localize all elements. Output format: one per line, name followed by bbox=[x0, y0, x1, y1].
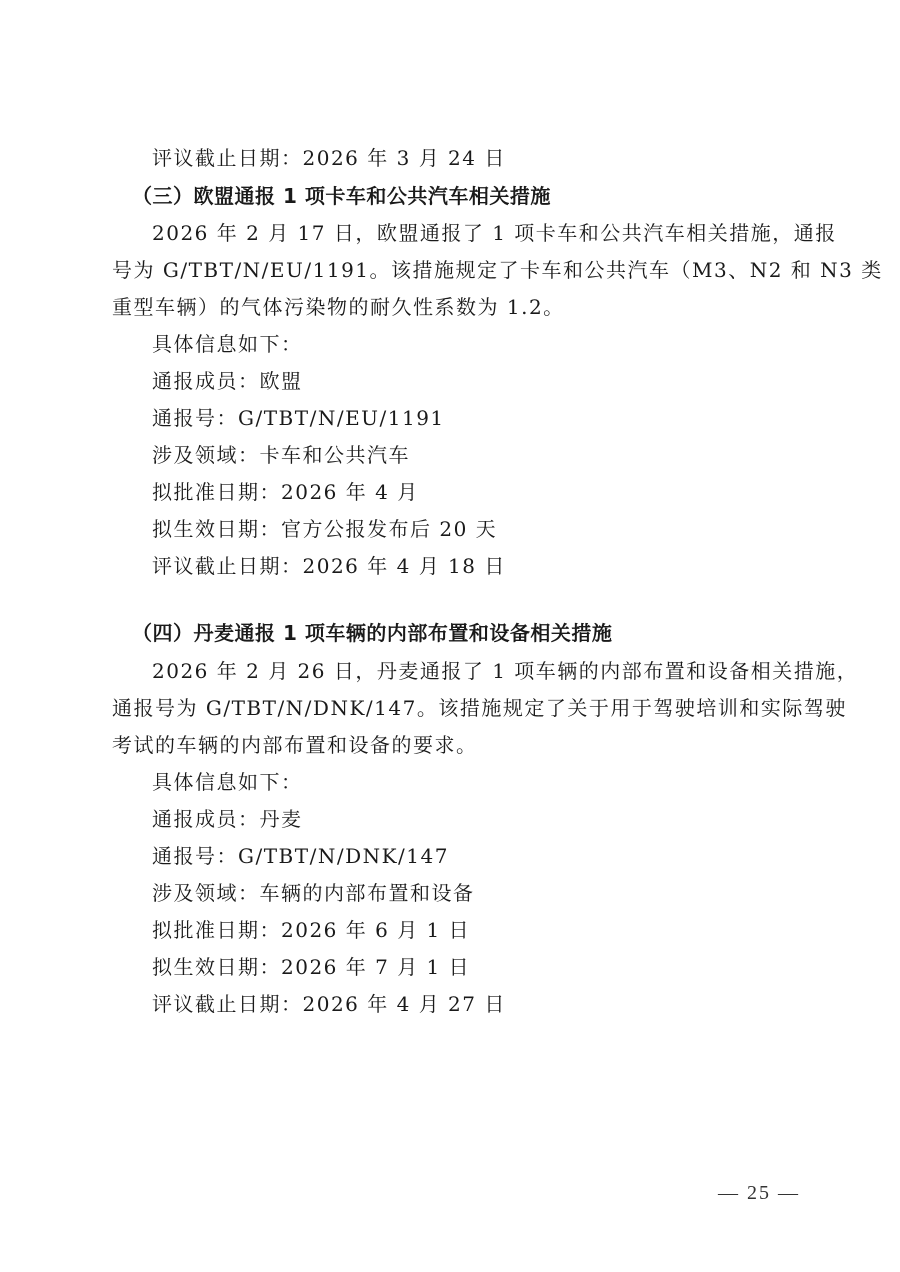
section-4-body-line: 考试的车辆的内部布置和设备的要求。 bbox=[112, 733, 478, 757]
section-3-details-intro: 具体信息如下： bbox=[152, 332, 303, 356]
section-4-details-intro: 具体信息如下： bbox=[152, 770, 303, 794]
section-4-heading: （四）丹麦通报 1 项车辆的内部布置和设备相关措施 bbox=[132, 621, 612, 645]
section-3-notification-number: 通报号：G/TBT/N/EU/1191 bbox=[152, 406, 445, 430]
section-3-heading: （三）欧盟通报 1 项卡车和公共汽车相关措施 bbox=[132, 184, 551, 208]
section-4-member: 通报成员：丹麦 bbox=[152, 807, 303, 831]
section-3-body-line: 号为 G/TBT/N/EU/1191。该措施规定了卡车和公共汽车（M3、N2 和… bbox=[112, 258, 883, 282]
prev-comment-deadline: 评议截止日期：2026 年 3 月 24 日 bbox=[152, 146, 506, 170]
section-3-effective-date: 拟生效日期：官方公报发布后 20 天 bbox=[152, 517, 497, 541]
section-4-field: 涉及领域：车辆的内部布置和设备 bbox=[152, 881, 475, 905]
section-3-body-line: 2026 年 2 月 17 日，欧盟通报了 1 项卡车和公共汽车相关措施，通报 bbox=[152, 221, 837, 245]
section-3-member: 通报成员：欧盟 bbox=[152, 369, 303, 393]
section-4-body-line: 通报号为 G/TBT/N/DNK/147。该措施规定了关于用于驾驶培训和实际驾驶 bbox=[112, 696, 847, 720]
section-3-body-line: 重型车辆）的气体污染物的耐久性系数为 1.2。 bbox=[112, 295, 565, 319]
section-4-approval-date: 拟批准日期：2026 年 6 月 1 日 bbox=[152, 918, 470, 942]
section-3-approval-date: 拟批准日期：2026 年 4 月 bbox=[152, 480, 419, 504]
section-4-effective-date: 拟生效日期：2026 年 7 月 1 日 bbox=[152, 955, 470, 979]
page-number: — 25 — bbox=[718, 1181, 800, 1205]
section-3-field: 涉及领域：卡车和公共汽车 bbox=[152, 443, 410, 467]
section-3-comment-deadline: 评议截止日期：2026 年 4 月 18 日 bbox=[152, 554, 506, 578]
section-4-notification-number: 通报号：G/TBT/N/DNK/147 bbox=[152, 844, 449, 868]
section-4-body-line: 2026 年 2 月 26 日，丹麦通报了 1 项车辆的内部布置和设备相关措施， bbox=[152, 659, 858, 683]
section-4-comment-deadline: 评议截止日期：2026 年 4 月 27 日 bbox=[152, 992, 506, 1016]
